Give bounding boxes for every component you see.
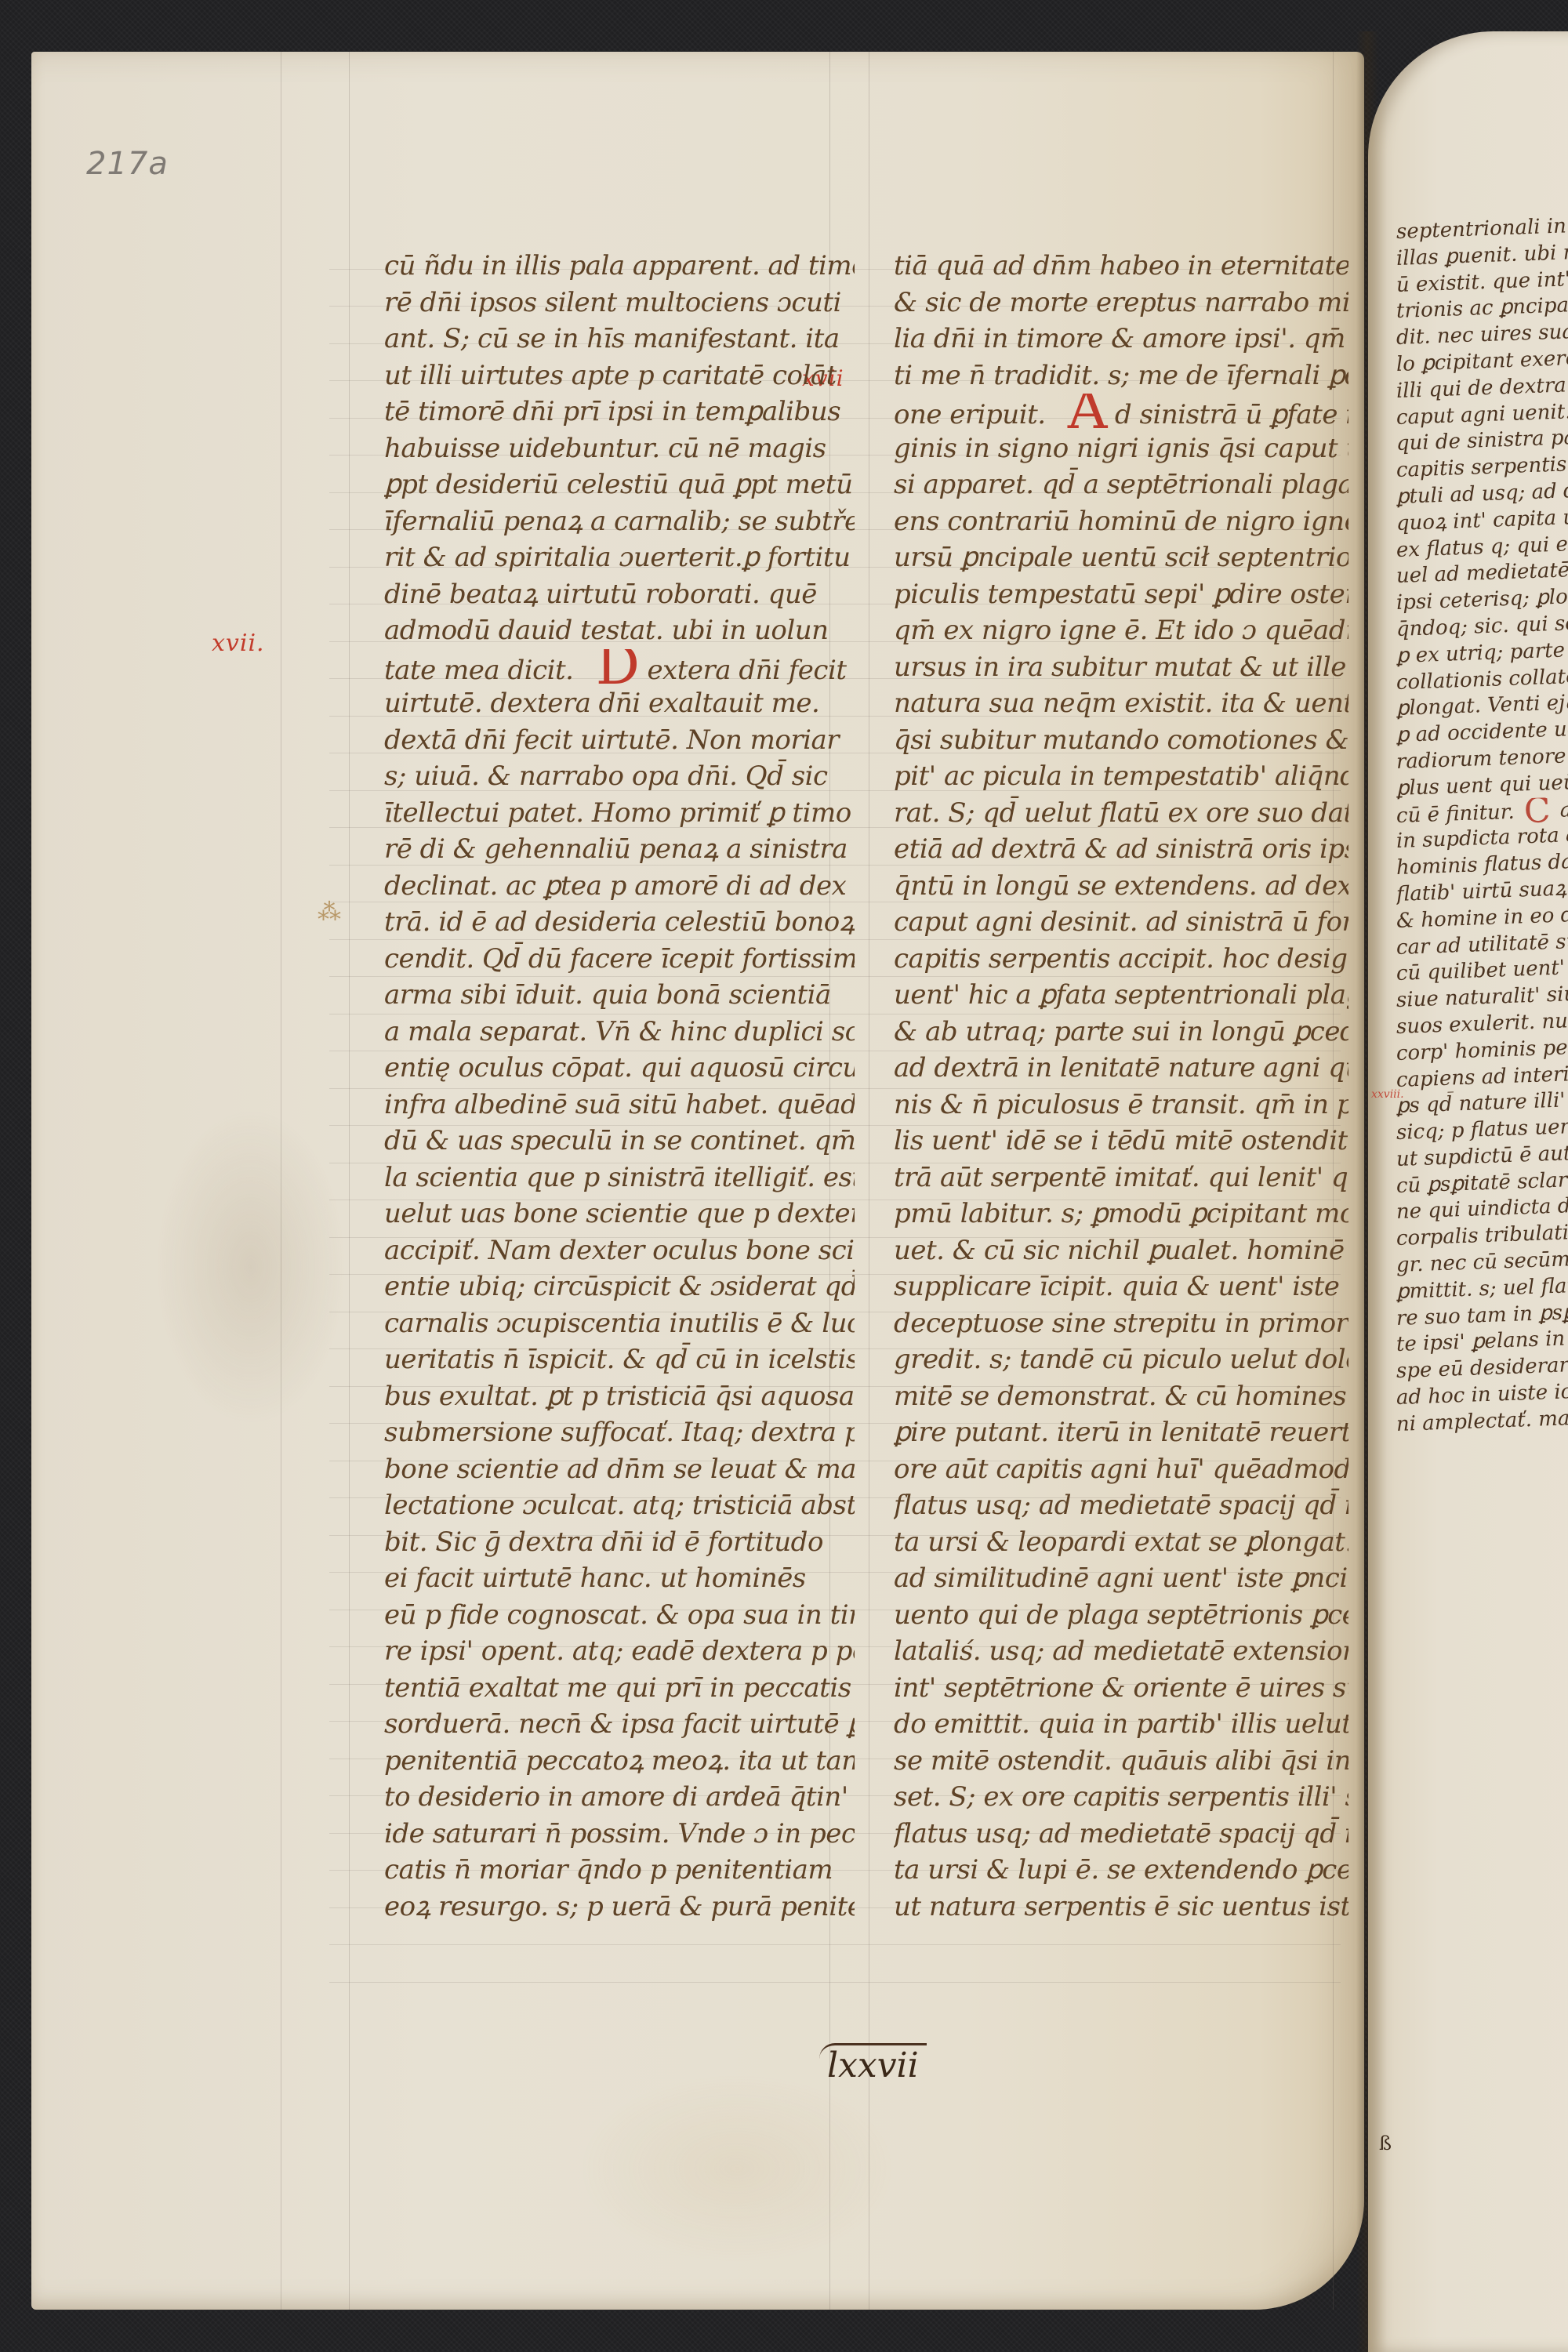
manuscript-line: capitis serpentis accipit. hoc designat … <box>894 941 1348 978</box>
quire-signature: lxxvii <box>819 2043 927 2085</box>
manuscript-page-recto: septentrionali in latere uenillas ꝑuenit… <box>1368 31 1568 2352</box>
manuscript-line: lis uent' idē se i tēdū mitē ostendit. A… <box>894 1123 1348 1160</box>
manuscript-line: uelut uas bone scientie que p dexterā <box>384 1196 855 1232</box>
manuscript-line: submersione suffocať. Itaq; dextra pars <box>384 1414 855 1451</box>
manuscript-line: eoꝝ resurgo. s; p uerā & purā peniten <box>384 1889 855 1926</box>
manuscript-line: tentiā exaltat me qui prī in peccatis <box>384 1670 855 1707</box>
line-text: d sinistrā ū ꝑfate ima <box>1115 399 1348 430</box>
manuscript-line: se mitē ostendit. quāuis alibi q̄si in i… <box>894 1743 1348 1780</box>
manuscript-line: do emittit. quia in partib' illis uelut … <box>894 1706 1348 1743</box>
manuscript-line: trā. id ē ad desideria celestiū bonoꝝ as <box>384 904 855 941</box>
manuscript-line: one eripuit. Ad sinistrā ū ꝑfate ima <box>894 394 1348 430</box>
manuscript-line: etiā ad dextrā & ad sinistrā oris ipsi' … <box>894 831 1348 868</box>
manuscript-line: carnalis ɔcupiscentia inutilis ē & luce <box>384 1305 855 1342</box>
manuscript-line: lia dn̄i in timore & amore ipsi'. qm̄ mo… <box>894 321 1348 358</box>
manuscript-line: re ipsi' opent. atq; eadē dextera p peni <box>384 1633 855 1670</box>
manuscript-line: trā aūt serpentē imitať. qui lenit' quid… <box>894 1160 1348 1196</box>
manuscript-line: mitē se demonstrat. & cū homines se iam <box>894 1378 1348 1415</box>
manuscript-line: declinat. ac ꝑtea p amorē di ad dex <box>384 868 855 905</box>
manuscript-line: la scientia que p sinistrā itelligiť. es… <box>384 1160 855 1196</box>
manuscript-line: ta ursi & lupi ē. se extendendo ꝑcedit. … <box>894 1852 1348 1889</box>
manuscript-line: uirtutē. dextera dn̄i exaltauit me. <box>384 685 855 722</box>
manuscript-line: rē di & gehennaliū penaꝝ a sinistra <box>384 831 855 868</box>
manuscript-line: piculis tempestatū sepi' ꝑdire ostendit. <box>894 576 1348 613</box>
manuscript-line: flatus usq; ad medietatē spacij qd̄ int'… <box>894 1487 1348 1524</box>
manuscript-line: bus exultat. ꝑt p tristiciā q̄si aquosa <box>384 1378 855 1415</box>
manuscript-line: eū p fide cognoscat. & opa sua in timo <box>384 1597 855 1634</box>
manuscript-line: set. S; ex ore capitis serpentis illi' s… <box>894 1779 1348 1816</box>
manuscript-line: a mala separat. Vn̄ & hinc duplici sci <box>384 1014 855 1051</box>
manuscript-line: ꝑpt desideriū celestiū quā ꝑpt metū <box>384 466 855 503</box>
ruling-line <box>329 1945 1341 1983</box>
manuscript-line: entię oculus cōpat. qui aquosū circulū <box>384 1050 855 1087</box>
manuscript-line: rit & ad spiritalia ɔuerterit.ꝑ fortitu <box>384 539 855 576</box>
manuscript-line: rat. S; qd̄ uelut flatū ex ore suo dat. … <box>894 795 1348 832</box>
manuscript-line: deceptuose sine strepitu in primordio ꝑ <box>894 1305 1348 1342</box>
manuscript-line: ta ursi & leopardi extat se ꝑlongat. qm̄ <box>894 1524 1348 1561</box>
ruling-line <box>281 52 281 2310</box>
manuscript-line: lataliś. usq; ad medietatē extensionis q… <box>894 1633 1348 1670</box>
manuscript-line: gredit. s; tandē cū piculo uelut dolosū … <box>894 1341 1348 1378</box>
manuscript-line: ginis in signo nigri ignis q̄si caput ur <box>894 430 1348 467</box>
manuscript-line: uento qui de plaga septētrionis ꝑcedit c… <box>894 1597 1348 1634</box>
line-text: extera dn̄i fecit <box>647 655 846 686</box>
manuscript-line: penitentiā peccatoꝝ meoꝝ. ita ut tan <box>384 1743 855 1780</box>
manuscript-line: bone scientie ad dn̄m se leuat & mala de <box>384 1451 855 1488</box>
manuscript-line: sorduerā. necn̄ & ipsa facit uirtutē ꝑ <box>384 1706 855 1743</box>
manuscript-line: flatus usq; ad medietatē spacij qd̄ int'… <box>894 1816 1348 1853</box>
manuscript-line: cendit. Qd̄ dū facere īcepit fortissima <box>384 941 855 978</box>
text-column-left: cū ñdu in illis pala apparent. ad timorē… <box>384 248 855 1925</box>
manuscript-line: ītellectui patet. Homo primiť ꝑ timo <box>384 795 855 832</box>
manuscript-line: uet. & cū sic nichil ꝑualet. hominē timi… <box>894 1232 1348 1269</box>
manuscript-line: infra albedinē suā sitū habet. quēadm̄ <box>384 1087 855 1123</box>
manuscript-line: si apparet. qd̄ a septētrionali plaga mu… <box>894 466 1348 503</box>
text-column-right: tiā quā ad dn̄m habeo in eternitate uiuā… <box>894 248 1348 1925</box>
manuscript-line: to desiderio in amore di ardeā q̄tin' <box>384 1779 855 1816</box>
manuscript-line: ei facit uirtutē hanc. ut hominēs <box>384 1560 855 1597</box>
manuscript-line: tiā quā ad dn̄m habeo in eternitate uiuā… <box>894 248 1348 285</box>
manuscript-line: ad dextrā in lenitatē nature agni qui le <box>894 1050 1348 1087</box>
manuscript-line: ꝑire putant. iterū in lenitatē reuertit.… <box>894 1414 1348 1451</box>
ink-stain: ⁂ <box>318 898 341 926</box>
manuscript-line: pit' ac picula in tempestatib' aliq̄ndo … <box>894 758 1348 795</box>
manuscript-line: tē timorē dn̄i prī ipsi in temꝑalibus <box>384 394 855 430</box>
manuscript-line: ide saturari n̄ possim. Vnde ɔ in pec <box>384 1816 855 1853</box>
manuscript-line: int' septētrione & oriente ē uires suas … <box>894 1670 1348 1707</box>
folio-number: 217a <box>86 146 169 182</box>
manuscript-line: pmū labitur. s; ꝑmodū ꝑcipitant mo <box>894 1196 1348 1232</box>
manuscript-line: tate mea dicit. Dextera dn̄i fecit <box>384 649 855 686</box>
manuscript-line: caput agni desinit. ad sinistrā ū formā <box>894 904 1348 941</box>
manuscript-line: ursū ꝑncipale uentū scił septentrionale … <box>894 539 1348 576</box>
manuscript-line: ueritatis n̄ īspicit. & qd̄ cū in icelst… <box>384 1341 855 1378</box>
line-text: tate mea dicit. <box>384 655 582 686</box>
manuscript-line: dinē beataꝝ uirtutū roborati. quē <box>384 576 855 613</box>
manuscript-line: dextā dn̄i fecit uirtutē. Non moriar <box>384 722 855 759</box>
manuscript-line: ut illi uirtutes apte p caritatē colāt <box>384 358 855 394</box>
manuscript-line: ant. S; cū se in hīs manifestant. ita <box>384 321 855 358</box>
manuscript-line: & sic de morte ereptus narrabo mirabi <box>894 285 1348 321</box>
manuscript-line: accipiť. Nam dexter oculus bone sci <box>384 1232 855 1269</box>
manuscript-line: ore aūt capitis agni huī' quēadmodū ali <box>894 1451 1348 1488</box>
manuscript-line: dū & uas speculū in se continet. qm̄ ma <box>384 1123 855 1160</box>
line-text: one eripuit. <box>894 399 1054 430</box>
manuscript-line: ursus in ira subitur mutat & ut ille i <box>894 649 1348 686</box>
marginal-chapter-numeral: xvii. <box>212 630 265 657</box>
manuscript-line: habuisse uidebuntur. cū nē magis <box>384 430 855 467</box>
facing-marginal-numeral: xxviii. <box>1371 1088 1404 1101</box>
facing-margin-mark: ß <box>1379 2132 1392 2154</box>
manuscript-line: ad similitudinē agni uent' iste ꝑncipali <box>894 1560 1348 1597</box>
manuscript-line: arma sibi īduit. quia bonā scientiā <box>384 977 855 1014</box>
manuscript-line: ti me n̄ tradidit. s; me de īfernali ꝑdi… <box>894 358 1348 394</box>
manuscript-line: īfernaliū penaꝝ a carnalib; se subtře <box>384 503 855 540</box>
manuscript-line: & ab utraq; parte sui in longū ꝑcedens. <box>894 1014 1348 1051</box>
manuscript-line: admodū dauid testat. ubi in uolun <box>384 612 855 649</box>
manuscript-page-verso: 217a xvii. xvii ⁂ cū ñdu in illis pala a… <box>31 52 1364 2310</box>
rubricated-initial: A <box>1068 394 1107 430</box>
manuscript-line: s; uiuā. & narrabo opa dn̄i. Qd̄ sic <box>384 758 855 795</box>
manuscript-line: catis n̄ moriar q̄ndo p penitentiam <box>384 1852 855 1889</box>
manuscript-line: natura sua neq̄m existit. ita & uent' is… <box>894 685 1348 722</box>
manuscript-line: entie ubiq; circūspicit & ɔsiderat qd̄ <box>384 1269 855 1305</box>
manuscript-line: q̄ntū in longū se extendens. ad dextrā i <box>894 868 1348 905</box>
manuscript-line: cū ñdu in illis pala apparent. ad timo <box>384 248 855 285</box>
manuscript-line: bit. Sic ḡ dextra dn̄i id ē fortitudo <box>384 1524 855 1561</box>
manuscript-line: qm̄ ex nigro igne ē. Et ido ɔ quēadmodū <box>894 612 1348 649</box>
rubricated-initial: D <box>596 649 640 686</box>
manuscript-line: ens contrariū hominū de nigro igne uelut <box>894 503 1348 540</box>
manuscript-line: uent' hic a ꝑfata septentrionali plaga e… <box>894 977 1348 1014</box>
manuscript-line: ut natura serpentis ē sic uentus iste ue… <box>894 1889 1348 1926</box>
text-column-facing: septentrionali in latere uenillas ꝑuenit… <box>1396 220 1568 1439</box>
manuscript-line: lectatione ɔculcat. atq; tristiciā abst <box>384 1487 855 1524</box>
manuscript-line: supplicare īcipit. quia & uent' iste ill… <box>894 1269 1348 1305</box>
manuscript-line: q̄si subitur mutando comotiones & stre <box>894 722 1348 759</box>
manuscript-line: nis & n̄ piculosus ē transit. qm̄ in par… <box>894 1087 1348 1123</box>
manuscript-line: rē dn̄i ipsos silent multociens ɔcuti <box>384 285 855 321</box>
